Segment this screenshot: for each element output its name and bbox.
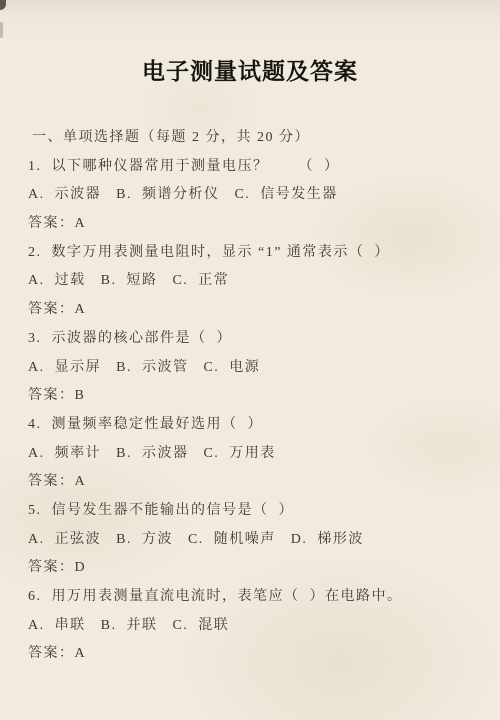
- question-block-4: 4. 测量频率稳定性最好选用（ ） A. 频率计 B. 示波器 C. 万用表 答…: [28, 411, 484, 497]
- options-text: A. 频率计 B. 示波器 C. 万用表: [28, 440, 484, 469]
- answer-text: 答案：D: [28, 554, 484, 583]
- options-text: A. 示波器 B. 频谱分析仪 C. 信号发生器: [28, 181, 484, 210]
- question-block-1: 1. 以下哪种仪器常用于测量电压？ （ ） A. 示波器 B. 频谱分析仪 C.…: [28, 153, 484, 239]
- answer-text: 答案：A: [28, 640, 484, 669]
- exam-paper: 电子测量试题及答案 一、单项选择题（每题 2 分，共 20 分） 1. 以下哪种…: [0, 0, 500, 720]
- exam-body: 一、单项选择题（每题 2 分，共 20 分） 1. 以下哪种仪器常用于测量电压？…: [28, 124, 484, 669]
- question-block-6: 6. 用万用表测量直流电流时，表笔应（ ）在电路中。 A. 串联 B. 并联 C…: [28, 583, 484, 669]
- question-text: 4. 测量频率稳定性最好选用（ ）: [28, 411, 484, 440]
- scan-corner-speck: [0, 0, 6, 10]
- question-text: 3. 示波器的核心部件是（ ）: [28, 325, 484, 354]
- options-text: A. 串联 B. 并联 C. 混联: [28, 612, 484, 641]
- options-text: A. 正弦波 B. 方波 C. 随机噪声 D. 梯形波: [28, 526, 484, 555]
- answer-text: 答案：A: [28, 468, 484, 497]
- answer-text: 答案：B: [28, 382, 484, 411]
- question-block-3: 3. 示波器的核心部件是（ ） A. 显示屏 B. 示波管 C. 电源 答案：B: [28, 325, 484, 411]
- question-text: 1. 以下哪种仪器常用于测量电压？ （ ）: [28, 153, 484, 182]
- page-title: 电子测量试题及答案: [0, 57, 500, 87]
- section-header: 一、单项选择题（每题 2 分，共 20 分）: [28, 124, 484, 153]
- question-block-2: 2. 数字万用表测量电阻时，显示 “1” 通常表示（ ） A. 过载 B. 短路…: [28, 239, 484, 325]
- question-text: 5. 信号发生器不能输出的信号是（ ）: [28, 497, 484, 526]
- answer-text: 答案：A: [28, 210, 484, 239]
- question-text: 2. 数字万用表测量电阻时，显示 “1” 通常表示（ ）: [28, 239, 484, 268]
- question-text: 6. 用万用表测量直流电流时，表笔应（ ）在电路中。: [28, 583, 484, 612]
- options-text: A. 显示屏 B. 示波管 C. 电源: [28, 354, 484, 383]
- scan-edge-speck: [0, 22, 3, 38]
- question-block-5: 5. 信号发生器不能输出的信号是（ ） A. 正弦波 B. 方波 C. 随机噪声…: [28, 497, 484, 583]
- options-text: A. 过载 B. 短路 C. 正常: [28, 267, 484, 296]
- answer-text: 答案：A: [28, 296, 484, 325]
